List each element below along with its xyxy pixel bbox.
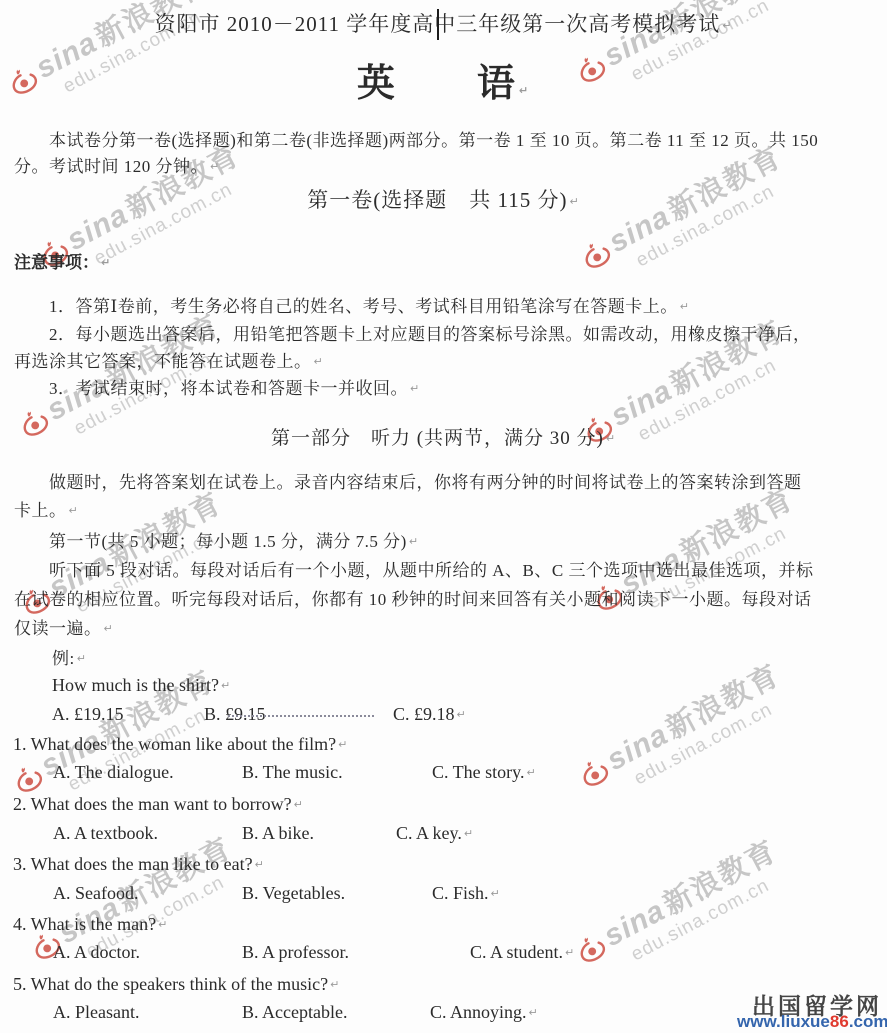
question-5-option-b: B. Acceptable. [242, 1002, 347, 1023]
question-2-option-c: C. A key.↵ [396, 823, 473, 844]
listening-direction-line-1: 听下面 5 段对话。每段对话后有一个小题，从题中所给的 A、B、C 三个选项中选… [49, 556, 813, 581]
paragraph-mark: ↵ [255, 858, 264, 871]
question-5-option-a: A. Pleasant. [53, 1002, 139, 1023]
paragraph-mark: ↵ [69, 504, 79, 517]
question-2-options-row: A. A textbook. B. A bike. C. A key.↵ [0, 823, 887, 847]
question-1-option-c: C. The story.↵ [432, 762, 536, 783]
paragraph-mark: ↵ [158, 918, 167, 931]
footer-url-number: 86 [830, 1012, 849, 1031]
title-divider-line [437, 9, 439, 40]
example-option-a: A. £19.15 [52, 704, 124, 725]
question-4-options-row: A. A doctor. B. A professor. C. A studen… [0, 942, 887, 966]
paragraph-mark: ↵ [330, 978, 339, 991]
part1-section1-line: 第一节(共 5 小题；每小题 1.5 分，满分 7.5 分)↵ [49, 527, 419, 552]
paragraph-mark: ↵ [77, 652, 87, 665]
subject-title: 英 语↵ [0, 52, 887, 107]
question-4-text: 4. What is the man?↵ [13, 914, 167, 935]
question-3-option-c: C. Fish.↵ [432, 883, 500, 904]
watermark-url: edu.sina.com.cn [91, 165, 262, 270]
note-item-3: 3．考试结束时，将本试卷和答题卡一并收回。↵ [49, 374, 420, 399]
footer-site-url: www.liuxue86.com [737, 1012, 887, 1032]
paragraph-mark: ↵ [570, 195, 580, 208]
part1-heading: 第一部分 听力 (共两节，满分 30 分)↵ [0, 423, 887, 450]
question-5-text: 5. What do the speakers think of the mus… [13, 974, 339, 995]
paragraph-mark: ↵ [529, 1006, 538, 1019]
listening-intro-line-2: 卡上。↵ [14, 496, 78, 521]
exam-title: 资阳市 2010－2011 学年度高中三年级第一次高考模拟考试↵ [0, 8, 887, 38]
notes-heading: 注意事项：↵ [14, 248, 110, 273]
answer-dotted-line [228, 714, 374, 717]
listening-intro-line-1: 做题时，先将答案划在试卷上。录音内容结束后，你将有两分钟的时间将试卷上的答案转涂… [49, 468, 802, 493]
paragraph-mark: ↵ [410, 382, 420, 395]
exam-intro-line-2: 分。考试时间 120 分钟。↵ [14, 152, 220, 177]
note-item-1: 1．答第Ⅰ卷前，考生务必将自己的姓名、考号、考试科目用铅笔涂写在答题卡上。↵ [49, 292, 689, 317]
question-4-option-a: A. A doctor. [53, 942, 140, 963]
question-2-option-b: B. A bike. [242, 823, 314, 844]
paragraph-mark: ↵ [101, 256, 110, 269]
question-3-text: 3. What does the man like to eat?↵ [13, 854, 264, 875]
note-item-2-line-1: 2．每小题选出答案后，用铅笔把答题卡上对应题目的答案标号涂黑。如需改动，用橡皮擦… [49, 320, 811, 345]
question-1-option-a: A. The dialogue. [53, 762, 174, 783]
example-question: How much is the shirt?↵ [52, 675, 230, 696]
watermark: sina 新浪教育 edu.sina.com.cn [575, 139, 803, 295]
paragraph-mark: ↵ [680, 300, 690, 313]
footer-url-prefix: www.liuxue [737, 1012, 830, 1031]
note-item-2-line-2: 再选涂其它答案，不能答在试题卷上。↵ [14, 347, 323, 372]
watermark-brand-cn: 新浪教育 [662, 661, 785, 745]
paragraph-mark: ↵ [565, 946, 574, 959]
subject-char-right: 语↵ [477, 52, 530, 107]
question-4-option-b: B. A professor. [242, 942, 349, 963]
question-1-text: 1. What does the woman like about the fi… [13, 734, 347, 755]
paragraph-mark: ↵ [491, 887, 500, 900]
paragraph-mark: ↵ [338, 738, 347, 751]
paragraph-mark: ↵ [104, 622, 114, 635]
paragraph-mark: ↵ [519, 84, 530, 97]
example-label: 例:↵ [52, 644, 86, 669]
question-4-option-c: C. A student.↵ [470, 942, 574, 963]
question-3-options-row: A. Seafood. B. Vegetables. C. Fish.↵ [0, 883, 887, 907]
paragraph-mark: ↵ [409, 535, 419, 548]
paragraph-mark: ↵ [722, 19, 732, 32]
paragraph-mark: ↵ [210, 160, 220, 173]
paragraph-mark: ↵ [606, 432, 616, 445]
footer-url-suffix: .com [849, 1012, 887, 1031]
example-options-row: A. £19.15 B. £9.15 C. £9.18↵ [0, 704, 887, 728]
listening-direction-line-2: 在试卷的相应位置。听完每段对话后，你都有 10 秒钟的时间来回答有关小题和阅读下… [14, 585, 812, 610]
question-1-option-b: B. The music. [242, 762, 343, 783]
paragraph-mark: ↵ [294, 798, 303, 811]
listening-direction-line-3: 仅读一遍。↵ [14, 614, 113, 639]
sina-logo-icon [577, 236, 616, 274]
paragraph-mark: ↵ [314, 355, 324, 368]
subject-char-left: 英 [357, 52, 397, 107]
watermark: sina 新浪教育 edu.sina.com.cn [573, 657, 801, 813]
paragraph-mark: ↵ [457, 708, 466, 721]
section1-heading: 第一卷(选择题 共 115 分)↵ [0, 184, 887, 214]
example-option-c: C. £9.18↵ [393, 704, 466, 725]
question-2-option-a: A. A textbook. [53, 823, 158, 844]
paragraph-mark: ↵ [464, 827, 473, 840]
question-1-options-row: A. The dialogue. B. The music. C. The st… [0, 762, 887, 786]
question-5-option-c: C. Annoying.↵ [430, 1002, 538, 1023]
question-3-option-a: A. Seafood. [53, 883, 138, 904]
paragraph-mark: ↵ [221, 679, 230, 692]
paragraph-mark: ↵ [527, 766, 536, 779]
watermark-brand-cn: 新浪教育 [659, 837, 782, 921]
question-2-text: 2. What does the man want to borrow?↵ [13, 794, 303, 815]
exam-intro-line-1: 本试卷分第一卷(选择题)和第二卷(非选择题)两部分。第一卷 1 至 10 页。第… [49, 126, 818, 151]
question-3-option-b: B. Vegetables. [242, 883, 345, 904]
